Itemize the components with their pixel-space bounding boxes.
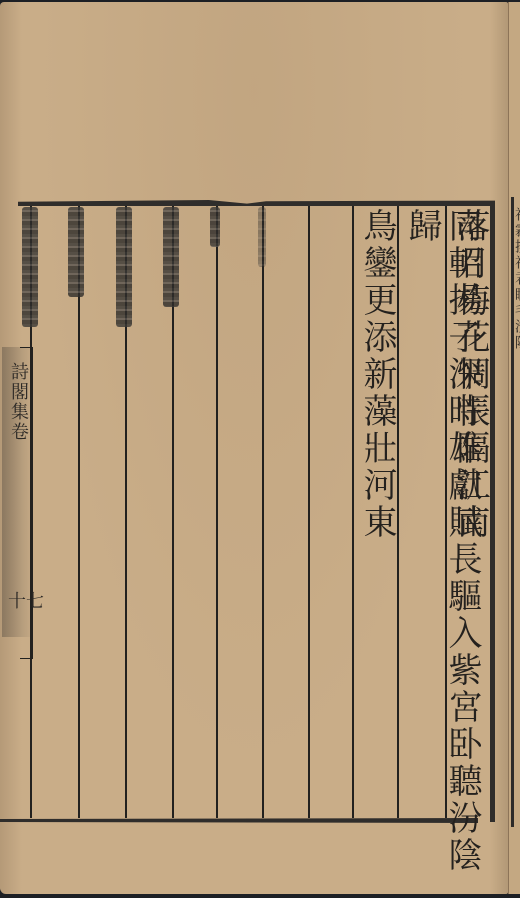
- text-column-2: 同軺揚子深時雄獻賦長驅入紫宮卧聽汾陰歸: [402, 208, 482, 894]
- column-rule: [216, 206, 218, 818]
- ink-smudge: [116, 207, 132, 327]
- column-rule: [78, 206, 80, 818]
- column-rule: [308, 206, 310, 818]
- ink-smudge: [258, 207, 266, 267]
- frame-right-border: [490, 202, 495, 822]
- book-page: 詩閣集卷 十七 落月梅花惆悵隔江南 同軺揚子深時雄獻賦長驅入紫宮卧聽汾陰歸 鳥鑾…: [0, 2, 508, 894]
- ink-smudge: [68, 207, 84, 297]
- margin-ear-number: 十七: [8, 587, 44, 613]
- ink-smudge: [22, 207, 38, 327]
- ink-smudge: [210, 207, 220, 247]
- margin-ear-title: 詩閣集卷: [8, 362, 28, 442]
- adjacent-page-text: 神霧撲神君瞻毛汾陽: [514, 207, 520, 351]
- adjacent-page-edge: 神霧撲神君瞻毛汾陽: [508, 2, 520, 894]
- column-rule: [352, 206, 354, 818]
- column-rule: [397, 206, 399, 818]
- frame-top-border: [18, 200, 495, 206]
- text-column-3: 鳥鑾更添新藻壯河東: [357, 208, 397, 541]
- ink-smudge: [163, 207, 179, 307]
- column-rule: [262, 206, 264, 818]
